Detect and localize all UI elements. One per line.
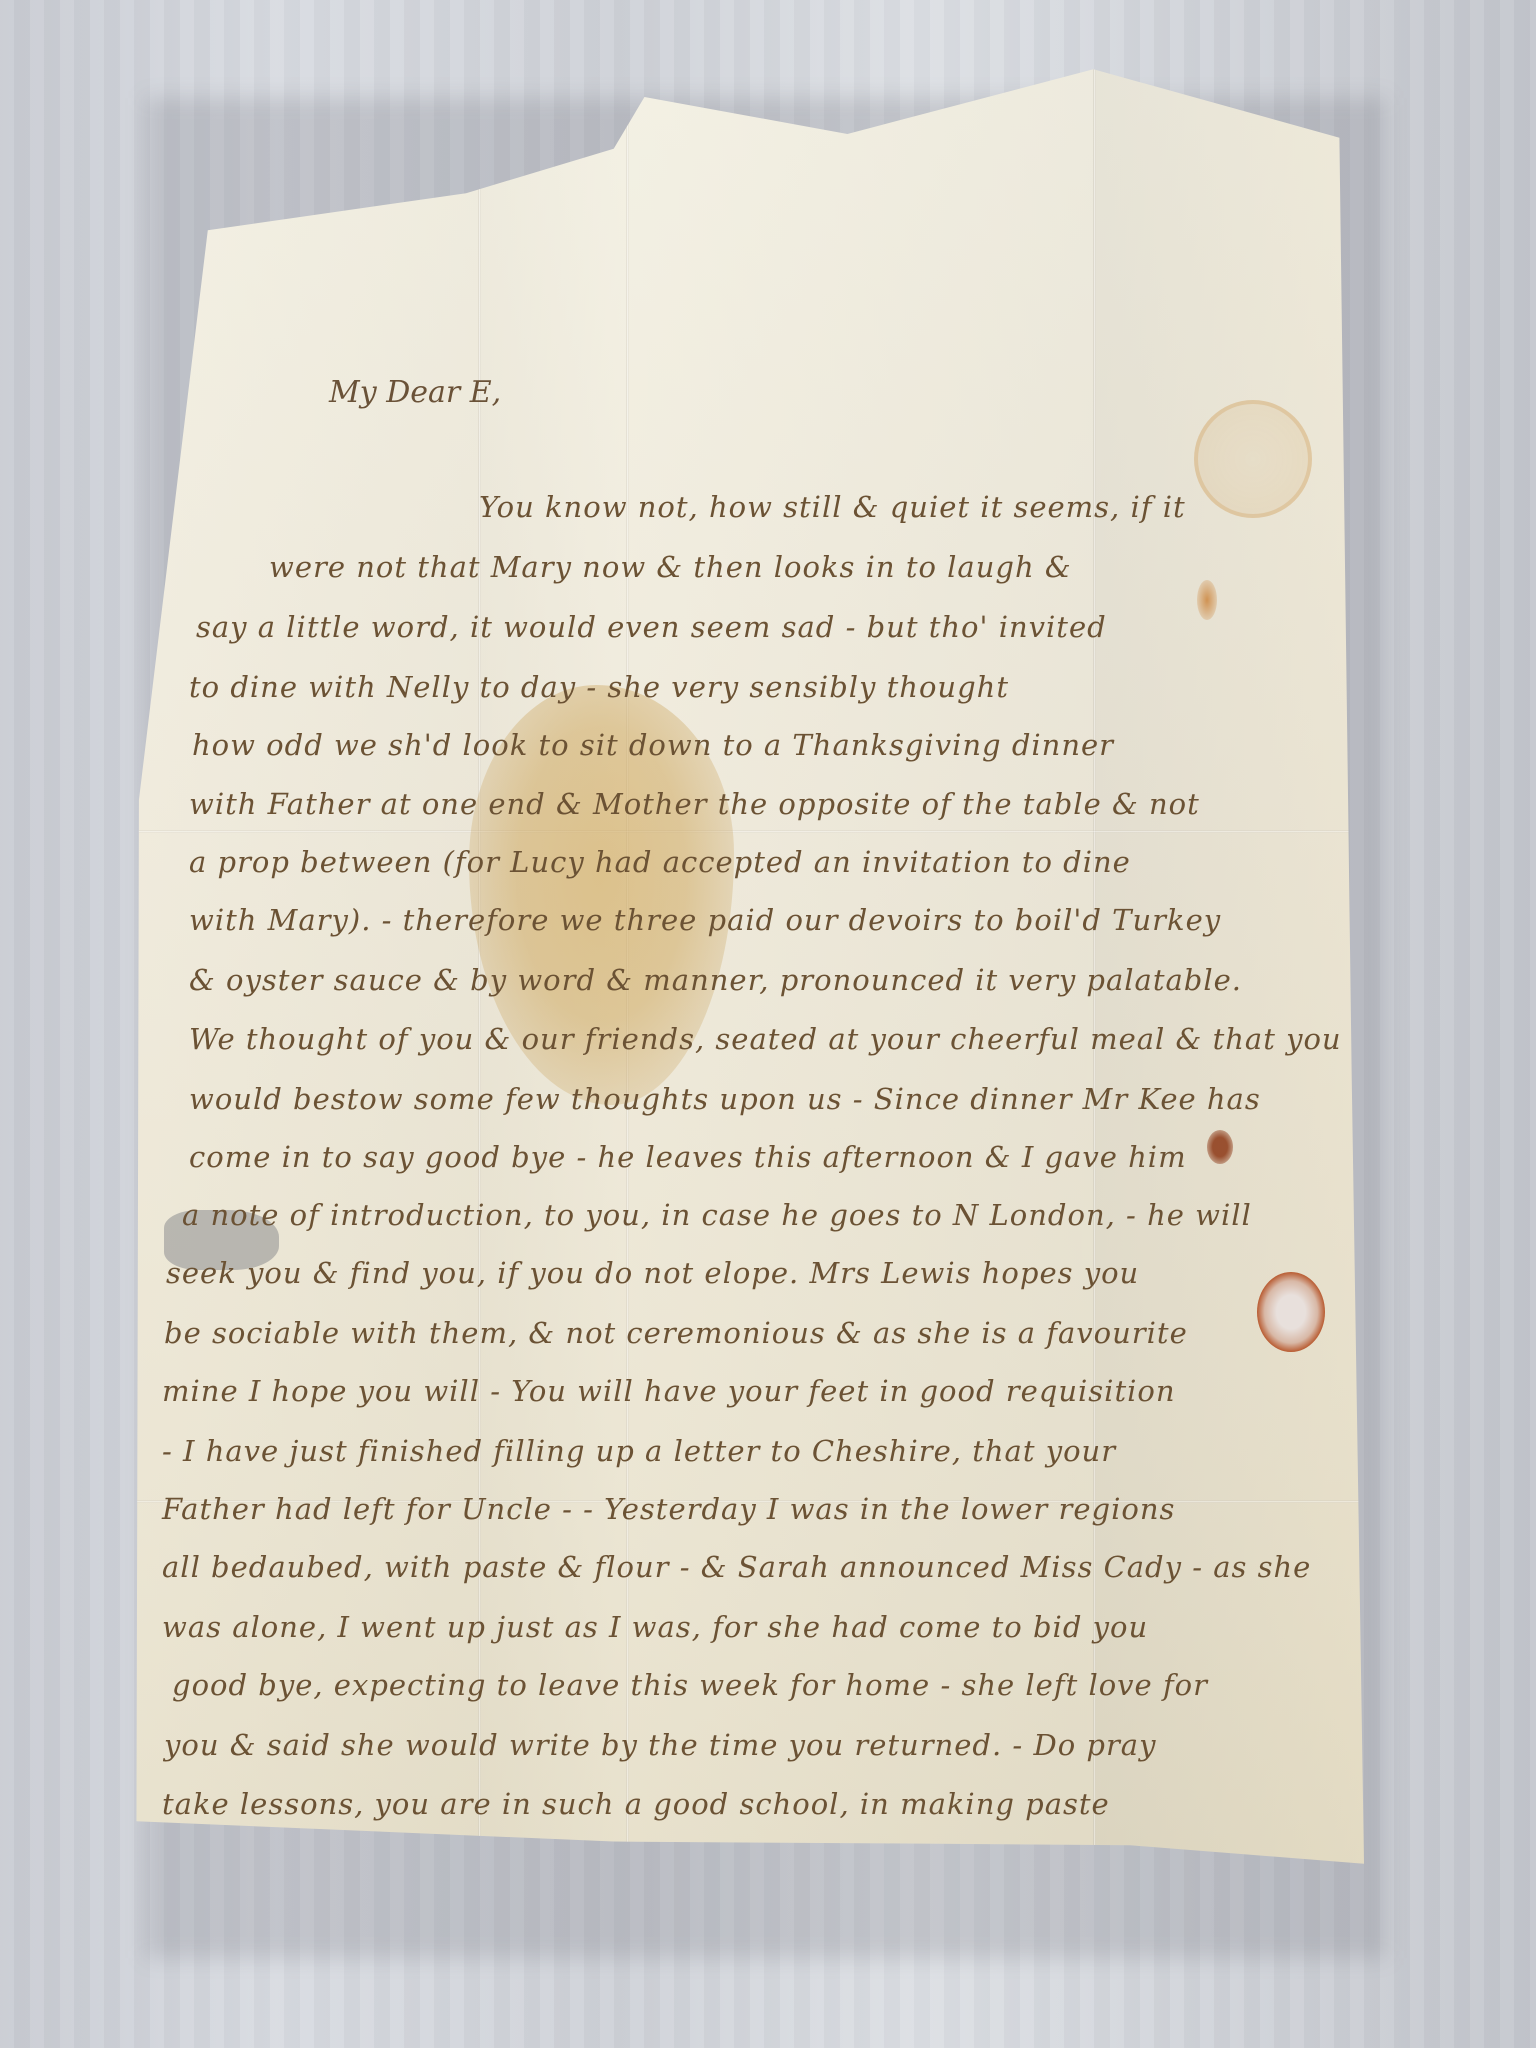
letter-line: you & said she would write by the time y… [164, 1728, 1156, 1762]
letter-line: Father had left for Uncle - - Yesterday … [162, 1492, 1175, 1526]
letter-line: say a little word, it would even seem sa… [196, 610, 1107, 644]
letter-line: would bestow some few thoughts upon us -… [189, 1082, 1261, 1116]
letter-line: a note of introduction, to you, in case … [182, 1198, 1252, 1232]
letter-line: We thought of you & our friends, seated … [189, 1022, 1342, 1056]
letter-line: & oyster sauce & by word & manner, prono… [189, 963, 1242, 997]
salutation: My Dear E, [329, 375, 501, 410]
letter-line: good bye, expecting to leave this week f… [172, 1668, 1208, 1702]
letter-line: take lessons, you are in such a good sch… [162, 1787, 1110, 1821]
letter-line: be sociable with them, & not ceremonious… [164, 1316, 1188, 1350]
letter-line: how odd we sh'd look to sit down to a Th… [192, 728, 1114, 762]
letter-line: - I have just finished filling up a lett… [162, 1434, 1116, 1468]
letter-line: You know not, how still & quiet it seems… [479, 490, 1186, 524]
letter-line: seek you & find you, if you do not elope… [166, 1256, 1139, 1290]
handwritten-letter: My Dear E, You know not, how still & qui… [134, 60, 1364, 1910]
letter-line: mine I hope you will - You will have you… [162, 1374, 1176, 1408]
letter-line: to dine with Nelly to day - she very sen… [189, 670, 1009, 704]
letter-paper: My Dear E, You know not, how still & qui… [134, 60, 1364, 1910]
letter-line: come in to say good bye - he leaves this… [189, 1140, 1187, 1174]
letter-line: all bedaubed, with paste & flour - & Sar… [162, 1550, 1311, 1584]
letter-line: was alone, I went up just as I was, for … [162, 1610, 1148, 1644]
letter-line: with Mary). - therefore we three paid ou… [189, 903, 1221, 937]
letter-line: with Father at one end & Mother the oppo… [189, 787, 1200, 821]
letter-line: were not that Mary now & then looks in t… [269, 550, 1072, 584]
letter-line: a prop between (for Lucy had accepted an… [189, 845, 1131, 879]
